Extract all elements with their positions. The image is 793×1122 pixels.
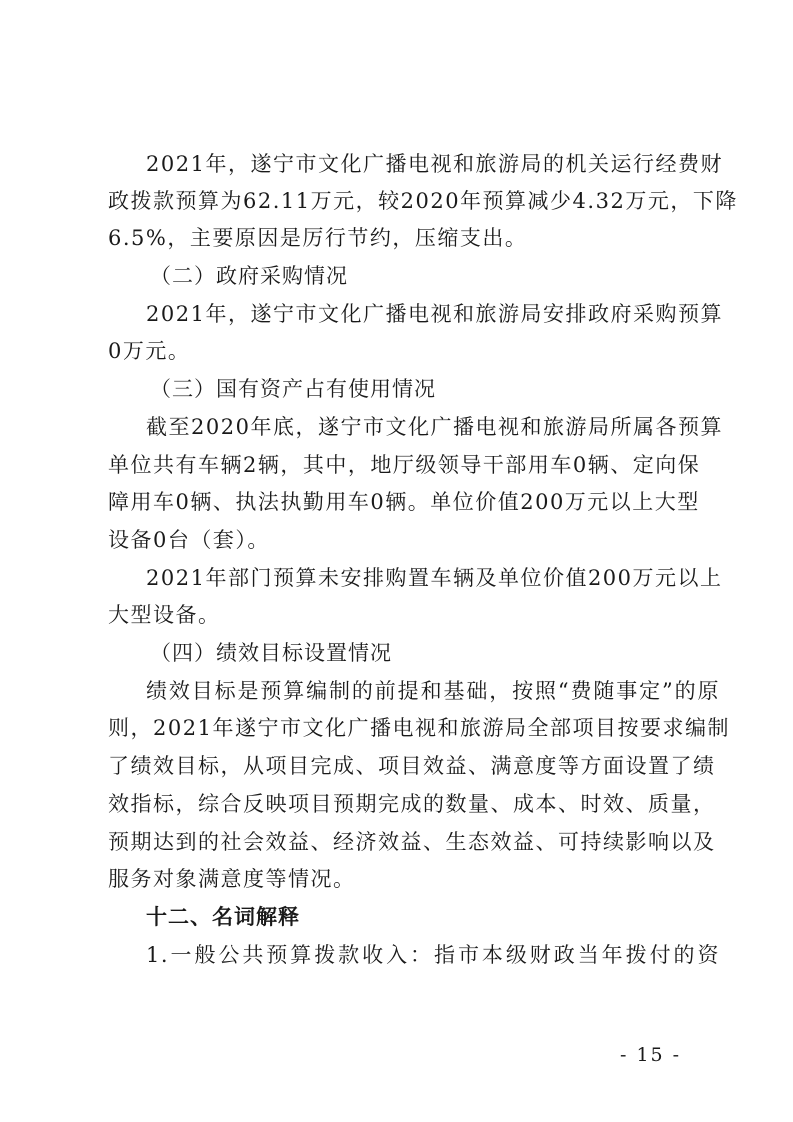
subsection-heading: （三）国有资产占有使用情况	[150, 375, 724, 403]
paragraph-line: 服务对象满意度等情况。	[108, 865, 682, 893]
term-definition-line: 1.一般公共预算拨款收入：指市本级财政当年拨付的资	[146, 941, 720, 969]
subsection-heading: （四）绩效目标设置情况	[150, 639, 724, 667]
section-heading: 十二、名词解释	[146, 903, 720, 931]
paragraph-line: 0万元。	[108, 337, 682, 365]
paragraph-line: 预期达到的社会效益、经济效益、生态效益、可持续影响以及	[108, 828, 682, 856]
document-page: 2021年，遂宁市文化广播电视和旅游局的机关运行经费财 政拨款预算为62.11万…	[0, 0, 793, 1122]
paragraph-line: 截至2020年底，遂宁市文化广播电视和旅游局所属各预算	[146, 413, 720, 441]
paragraph-line: 绩效目标是预算编制的前提和基础，按照“费随事定”的原	[146, 677, 720, 705]
paragraph-line: 大型设备。	[108, 601, 682, 629]
paragraph-line: 则，2021年遂宁市文化广播电视和旅游局全部项目按要求编制	[108, 714, 682, 742]
paragraph-line: 了绩效目标，从项目完成、项目效益、满意度等方面设置了绩	[108, 752, 682, 780]
subsection-heading: （二）政府采购情况	[150, 262, 724, 290]
paragraph-line: 2021年，遂宁市文化广播电视和旅游局安排政府采购预算	[146, 300, 720, 328]
paragraph-line: 2021年部门预算未安排购置车辆及单位价值200万元以上	[146, 564, 720, 592]
paragraph-line: 6.5%，主要原因是厉行节约，压缩支出。	[108, 224, 682, 252]
paragraph-line: 效指标，综合反映项目预期完成的数量、成本、时效、质量，	[108, 790, 682, 818]
paragraph-line: 设备0台（套）。	[108, 526, 682, 554]
paragraph-line: 2021年，遂宁市文化广播电视和旅游局的机关运行经费财	[146, 150, 720, 178]
paragraph-line: 政拨款预算为62.11万元，较2020年预算减少4.32万元，下降	[108, 187, 682, 215]
paragraph-line: 单位共有车辆2辆，其中，地厅级领导干部用车0辆、定向保	[108, 451, 682, 479]
page-number: - 15 -	[620, 1044, 681, 1066]
paragraph-line: 障用车0辆、执法执勤用车0辆。单位价值200万元以上大型	[108, 488, 682, 516]
